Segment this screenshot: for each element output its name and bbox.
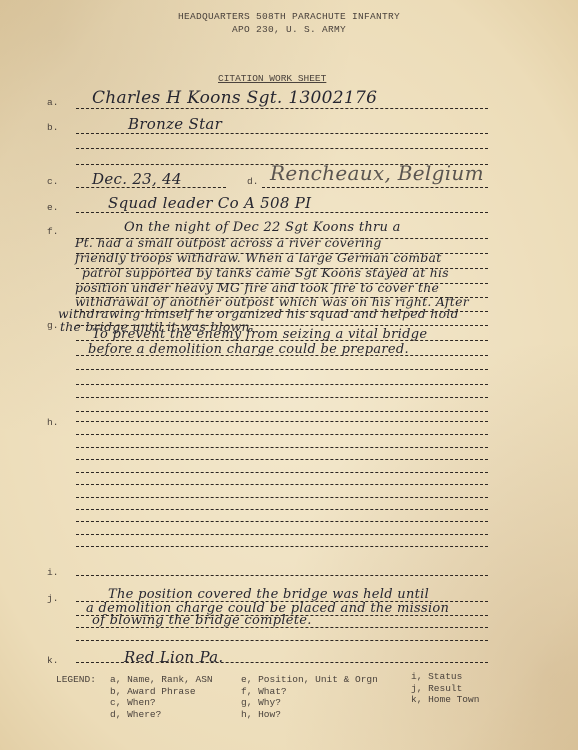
label-i: i. <box>47 567 58 578</box>
rule <box>76 187 226 188</box>
rule <box>76 212 488 213</box>
rule <box>76 297 488 298</box>
rule <box>76 325 488 326</box>
rule <box>76 509 488 510</box>
field-d-value: Rencheaux, Belgium <box>270 161 484 185</box>
rule <box>76 238 488 239</box>
legend-item: e, Position, Unit & Orgn <box>241 674 378 686</box>
rule <box>76 575 488 576</box>
rule <box>76 459 488 460</box>
label-g: g. <box>47 320 58 331</box>
legend-item: i, Status <box>411 671 479 683</box>
rule <box>76 283 488 284</box>
legend-item: g, Why? <box>241 697 378 709</box>
legend-col-1: a, Name, Rank, ASN b, Award Phrase c, Wh… <box>110 674 213 720</box>
rule <box>76 133 488 134</box>
rule <box>76 369 488 370</box>
label-a: a. <box>47 97 58 108</box>
legend-item: h, How? <box>241 709 378 721</box>
legend-item: d, Where? <box>110 709 213 721</box>
label-f: f. <box>47 226 58 237</box>
legend-item: j, Result <box>411 683 479 695</box>
rule <box>76 534 488 535</box>
legend-col-3: i, Status j, Result k, Home Town <box>411 671 479 706</box>
citation-work-sheet: HEADQUARTERS 508TH PARACHUTE INFANTRY AP… <box>0 0 578 750</box>
rule <box>76 384 488 385</box>
label-k: k. <box>47 655 58 666</box>
rule <box>76 601 488 602</box>
rule <box>76 434 488 435</box>
header-apo: APO 230, U. S. ARMY <box>0 24 578 35</box>
field-b-value: Bronze Star <box>128 115 222 133</box>
form-title: CITATION WORK SHEET <box>218 73 326 84</box>
field-a-value: Charles H Koons Sgt. 13002176 <box>92 88 377 108</box>
rule <box>76 397 488 398</box>
legend-item: k, Home Town <box>411 694 479 706</box>
rule <box>76 355 488 356</box>
legend-title: LEGEND: <box>56 674 96 686</box>
rule <box>76 447 488 448</box>
rule <box>76 497 488 498</box>
legend-col-2: e, Position, Unit & Orgn f, What? g, Why… <box>241 674 378 720</box>
rule <box>76 268 488 269</box>
rule <box>76 662 488 663</box>
rule <box>262 187 488 188</box>
rule <box>76 411 488 412</box>
label-e: e. <box>47 202 58 213</box>
rule <box>76 311 488 312</box>
rule <box>76 521 488 522</box>
rule <box>76 472 488 473</box>
field-j-line: The position covered the bridge was held… <box>108 587 429 602</box>
field-k-value: Red Lion Pa. <box>124 648 224 666</box>
label-h: h. <box>47 417 58 428</box>
rule <box>76 627 488 628</box>
rule <box>76 148 488 149</box>
label-c: c. <box>47 176 58 187</box>
rule <box>76 253 488 254</box>
legend-item: a, Name, Rank, ASN <box>110 674 213 686</box>
rule <box>76 615 488 616</box>
header-unit: HEADQUARTERS 508TH PARACHUTE INFANTRY <box>0 11 578 22</box>
legend-item: c, When? <box>110 697 213 709</box>
rule <box>76 421 488 422</box>
rule <box>76 340 488 341</box>
label-j: j. <box>47 593 58 604</box>
rule <box>76 484 488 485</box>
legend-item: b, Award Phrase <box>110 686 213 698</box>
field-e-value: Squad leader Co A 508 PI <box>108 194 311 212</box>
rule <box>76 640 488 641</box>
label-b: b. <box>47 122 58 133</box>
legend-item: f, What? <box>241 686 378 698</box>
label-d: d. <box>247 176 258 187</box>
rule <box>76 546 488 547</box>
field-f-line: On the night of Dec 22 Sgt Koons thru a <box>124 220 401 235</box>
rule <box>76 108 488 109</box>
field-c-value: Dec. 23, 44 <box>92 170 182 188</box>
